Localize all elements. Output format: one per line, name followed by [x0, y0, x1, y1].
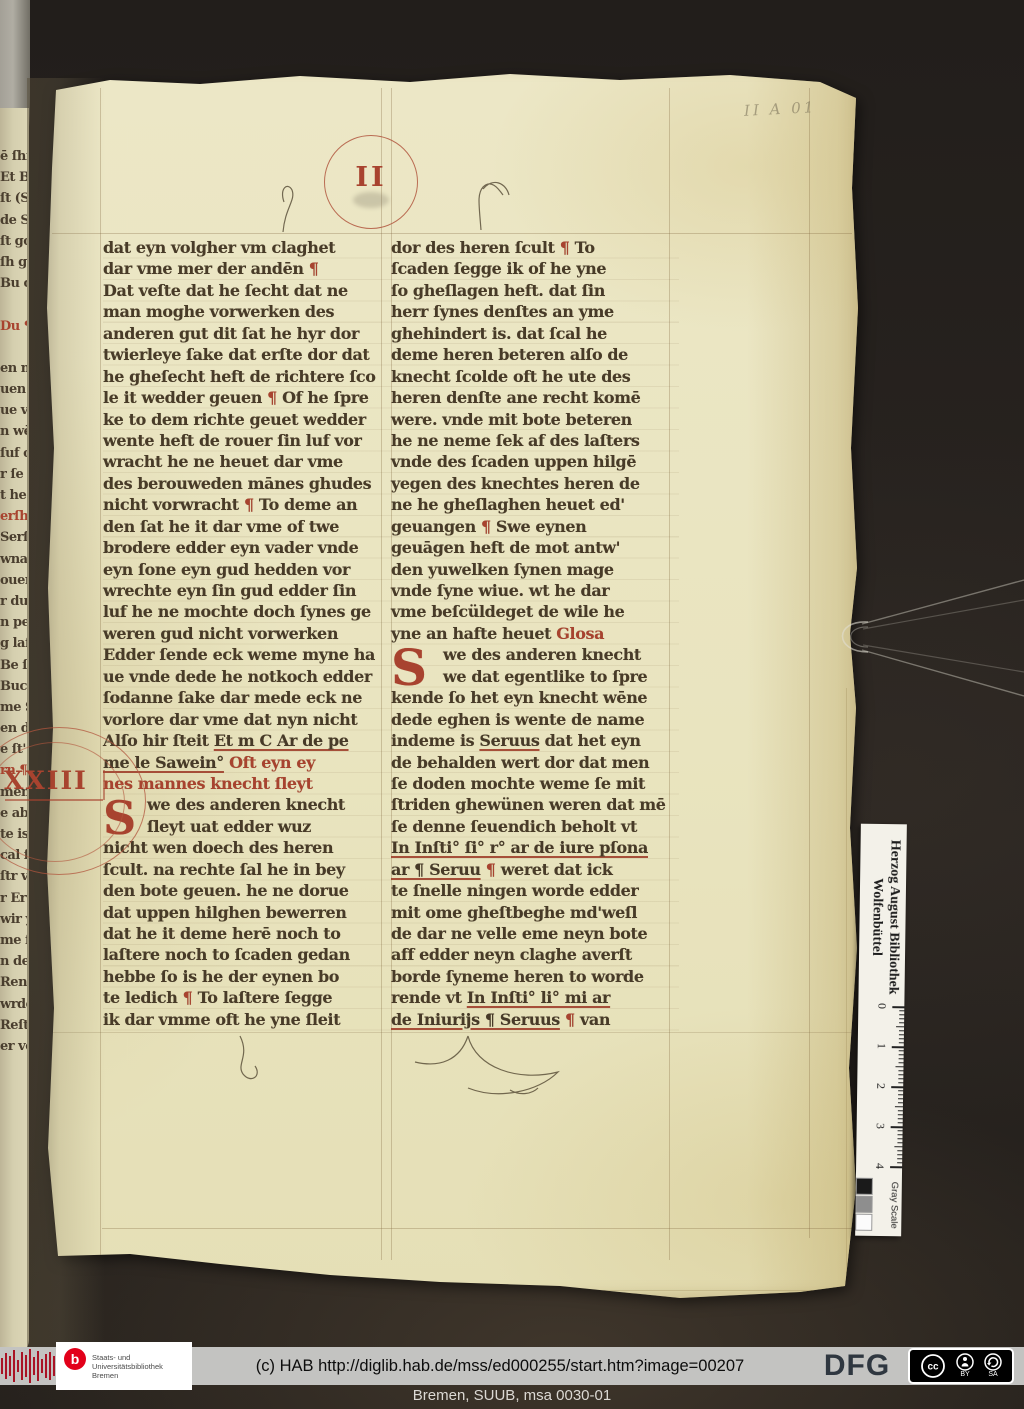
manuscript-text-line: den yuwelken ſynen mage	[391, 559, 679, 580]
manuscript-text-line: hebbe ſo is he der eynen bo	[103, 966, 391, 987]
clipped-text-fragment: ſt gol	[0, 231, 27, 252]
clipped-text-fragment	[0, 1269, 27, 1290]
manuscript-text-line: eyn ſone eyn gud hedden vor	[103, 559, 391, 580]
suub-badge-icon: b	[64, 1348, 86, 1370]
manuscript-text-line: brodere edder eyn vader vnde	[103, 537, 391, 558]
clipped-text-fragment	[0, 1121, 27, 1142]
manuscript-page: dat eyn volgher vm claghetdar vme mer de…	[40, 68, 862, 1300]
clipped-text-fragment: Be ſalt et	[0, 655, 27, 676]
cc-sa-label: SA	[988, 1371, 997, 1379]
chapter-numeral: II	[325, 162, 417, 193]
scale-tick	[898, 1098, 903, 1099]
scale-tick	[897, 1154, 902, 1155]
facing-page-text-fragments: ē ſhiEt Biſt (Swde Sūſt golſh gaBu cōDu …	[0, 146, 29, 1290]
dfg-logo: DFG	[808, 1347, 906, 1385]
manuscript-text-line: te ſnelle ningen worde edder	[391, 880, 679, 901]
manuscript-text-line: nicht wen doech des heren	[103, 837, 391, 858]
scale-number: 3	[873, 1123, 888, 1129]
clipped-text-fragment: ue vor'd	[0, 400, 27, 421]
scale-number: 2	[873, 1083, 888, 1089]
scale-tick	[899, 1058, 904, 1059]
manuscript-text-line: wracht he ne heuet dar vme	[103, 451, 391, 472]
parchment-leaf: dat eyn volgher vm claghetdar vme mer de…	[40, 68, 862, 1300]
clipped-text-fragment	[0, 1227, 27, 1248]
manuscript-text-line: aff edder neyn claghe averſt	[391, 944, 679, 965]
ruling-line-right-margin	[809, 88, 810, 1238]
clipped-text-fragment: Du ¶	[0, 316, 27, 337]
clipped-text-fragment: n de berou	[0, 951, 27, 972]
manuscript-text-line: borde ſyneme heren to worde	[391, 966, 679, 987]
clipped-text-fragment: er voṗ Sa	[0, 1036, 27, 1057]
clipped-text-fragment: ouen Sar	[0, 570, 27, 591]
manuscript-text-line: ſodanne ſake dar mede eck ne	[103, 687, 391, 708]
manuscript-text-line: ſtriden ghewünen weren dat mē	[391, 794, 679, 815]
logo-bar	[53, 1356, 56, 1376]
clipped-text-fragment: r dur d u	[0, 591, 27, 612]
clipped-text-fragment	[0, 1078, 27, 1099]
manuscript-text-line: man moghe vorwerken des	[103, 301, 391, 322]
scale-number: 4	[872, 1163, 887, 1169]
manuscript-text-line: de Iniurijs ¶ Seruus ¶ van	[391, 1009, 679, 1030]
scale-tick	[898, 1090, 903, 1091]
scale-tick	[899, 1038, 904, 1039]
ruling-line-left-margin	[100, 88, 101, 1260]
library-name-label: Herzog August Bibliothek Wolfenbüttel	[867, 832, 903, 1002]
clipped-text-fragment	[0, 1184, 27, 1205]
gray-scale-swatch	[855, 1196, 872, 1213]
creative-commons-license-badge: cc BY SA	[908, 1348, 1014, 1384]
scale-tick	[897, 1150, 902, 1151]
clipped-text-fragment: g laſt d	[0, 633, 27, 654]
logo-bar	[25, 1355, 28, 1377]
clipped-text-fragment: ſtr vnd ſu	[0, 866, 27, 887]
text-column-left: dat eyn volgher vm claghetdar vme mer de…	[103, 237, 391, 1031]
scale-tick	[898, 1134, 903, 1135]
clipped-text-fragment: wrder mo	[0, 994, 27, 1015]
manuscript-text-line: yegen des knechtes heren de	[391, 473, 679, 494]
scale-tick	[899, 1022, 904, 1023]
clipped-text-fragment: r Eru mo	[0, 888, 27, 909]
manuscript-text-line: geuāgen heft de mot antw'	[391, 537, 679, 558]
clipped-text-fragment: ſh ga	[0, 252, 27, 273]
scale-tick	[898, 1102, 903, 1103]
scale-tick	[898, 1078, 903, 1079]
manuscript-text-line: yne an hafte heuet Glosa	[391, 623, 679, 644]
manuscript-text-line: nicht vorwracht ¶ To deme an	[103, 494, 391, 515]
scale-number: 0	[874, 1003, 889, 1009]
cc-by-group: BY	[956, 1353, 974, 1379]
manuscript-text-line: vorlore dar vme dat nyn nicht	[103, 709, 391, 730]
manuscript-text-line: weren gud nicht vorwerken	[103, 623, 391, 644]
clipped-text-fragment: me ſtid m	[0, 930, 27, 951]
scale-tick	[899, 1062, 904, 1063]
logo-bar	[33, 1357, 36, 1375]
manuscript-text-line: te ledich ¶ To laſtere ſegge	[103, 987, 391, 1008]
manuscript-text-line: den ſat he it dar vme of twe	[103, 516, 391, 537]
logo-bar	[49, 1352, 52, 1380]
scale-tick	[897, 1138, 902, 1139]
manuscript-text-line: he gheſecht heft de richtere ſco	[103, 366, 391, 387]
ruling-line-top	[52, 233, 852, 234]
manuscript-text-line: ſe denne ſeuendich beholt vt	[391, 816, 679, 837]
scale-tick	[898, 1122, 903, 1123]
clipped-text-fragment: Ren Claṗ	[0, 972, 27, 993]
manuscript-text-line: laſtere noch to ſcaden gedan	[103, 944, 391, 965]
logo-bar	[5, 1353, 8, 1379]
ruling-line-text-bottom	[52, 1032, 852, 1033]
manuscript-text-line: he ne neme ſek af des laſters	[391, 430, 679, 451]
logo-bar	[41, 1359, 44, 1373]
manuscript-text-line: geuangen ¶ Swe eynen	[391, 516, 679, 537]
manuscript-text-line: dor des heren ſcult ¶ To	[391, 237, 679, 258]
clipped-text-fragment	[0, 1248, 27, 1269]
clipped-text-fragment: n penni	[0, 612, 27, 633]
cc-letters: cc	[927, 1362, 939, 1373]
manuscript-text-line: vnde ſyne wiue. wt he dar	[391, 580, 679, 601]
gray-scale-swatch	[856, 1178, 873, 1195]
page-stack-edge-right	[846, 688, 847, 1278]
logo-bar	[29, 1349, 32, 1383]
manuscript-text-line: luf he ne mochte doch ſynes ge	[103, 601, 391, 622]
manuscript-text-line: ue vnde dede he notkoch edder	[103, 666, 391, 687]
scale-tick	[898, 1110, 903, 1111]
scale-tick	[898, 1074, 903, 1075]
ink-smudge	[353, 192, 389, 208]
manuscript-text-line: we dat egentlike to ſpre	[391, 666, 679, 687]
scale-tick	[898, 1118, 903, 1119]
manuscript-text-line: were. vnde mit bote beteren	[391, 409, 679, 430]
logo-bar	[9, 1356, 12, 1376]
chapter-number-circle: II	[324, 135, 418, 229]
cc-sa-arrow-icon	[984, 1353, 1002, 1371]
manuscript-text-line: Alſo hir ſteit Et m C Ar de pe	[103, 730, 391, 751]
ruler-face: Herzog August Bibliothek Wolfenbüttel 01…	[855, 824, 907, 1237]
margin-numeral: XXIII	[4, 766, 88, 795]
manuscript-text-line: vnde des ſcaden uppen hilgē	[391, 451, 679, 472]
clipped-text-fragment: de Sū	[0, 210, 27, 231]
gray-scale-swatch	[855, 1214, 872, 1231]
manuscript-text-line: dat uppen hilghen bewerren	[103, 902, 391, 923]
manuscript-text-line: ar ¶ Seruu ¶ weret dat ick	[391, 859, 679, 880]
clipped-text-fragment: me Sewe	[0, 697, 27, 718]
manuscript-text-line: des berouweden mānes ghudes	[103, 473, 391, 494]
manuscript-text-line: rende vt In Inſti° li° mi ar	[391, 987, 679, 1008]
manuscript-text-line: ghehindert is. dat ſcal he	[391, 323, 679, 344]
manuscript-text-line: herr ſynes denſtes an yme	[391, 301, 679, 322]
manuscript-text-line: we des anderen knecht	[391, 644, 679, 665]
cc-icon: cc	[920, 1353, 946, 1379]
scale-ticks	[902, 1006, 904, 1174]
manuscript-text-line: wrechte eyn ſin gud edder ſin	[103, 580, 391, 601]
scale-tick	[896, 1026, 904, 1027]
manuscript-text-line: we des anderen knecht	[103, 794, 391, 815]
clipped-text-fragment	[0, 1057, 27, 1078]
scale-tick	[891, 1126, 903, 1128]
manuscript-text-line: vme beſcüldeget de wile he	[391, 601, 679, 622]
manuscript-text-line: ke to dem richte geuet wedder	[103, 409, 391, 430]
scale-number: 1	[874, 1043, 889, 1049]
manuscript-text-line: ſcaden ſegge ik of he yne	[391, 258, 679, 279]
cc-by-person-icon	[956, 1353, 974, 1371]
cc-sa-group: SA	[984, 1353, 1002, 1379]
scale-tick	[899, 1010, 904, 1011]
scale-tick	[890, 1166, 902, 1168]
scale-tick	[898, 1130, 903, 1131]
clipped-text-fragment	[0, 1205, 27, 1226]
manuscript-text-line: ſleyt uat edder wuz	[103, 816, 391, 837]
manuscript-text-line: wente heft de rouer ſin luf vor	[103, 430, 391, 451]
cc-by-label: BY	[960, 1371, 969, 1379]
logo-bar	[21, 1352, 24, 1380]
clipped-text-fragment: Buch ſm	[0, 676, 27, 697]
calibration-ruler-strip: Herzog August Bibliothek Wolfenbüttel 01…	[855, 824, 907, 1237]
clipped-text-fragment: ē ſhi	[0, 146, 27, 167]
manuscript-text-line: le it wedder geuen ¶ Of he ſpre	[103, 387, 391, 408]
suub-line3: Bremen	[92, 1371, 163, 1380]
clipped-text-fragment: en mēr	[0, 358, 27, 379]
shelfmark-caption: Bremen, SUUB, msa 0030-01	[0, 1387, 1024, 1404]
suub-library-name: Staats- und Universitätsbibliothek Breme…	[92, 1353, 163, 1380]
manuscript-text-line: Edder ſende eck weme myne ha	[103, 644, 391, 665]
clipped-text-fragment: wir yn de	[0, 909, 27, 930]
ruling-line-bottom-margin	[102, 1228, 854, 1229]
manuscript-text-line: mit ome gheſtbeghe md'weſl	[391, 902, 679, 923]
manuscript-text-line: dar vme mer der andēn ¶	[103, 258, 391, 279]
manuscript-text-line: ne he gheſlaghen heuet ed'	[391, 494, 679, 515]
clipped-text-fragment: r ſe mēn	[0, 464, 27, 485]
manuscript-text-line: anderen gut dit ſat he hyr dor	[103, 323, 391, 344]
clipped-text-fragment: ſuf oan	[0, 443, 27, 464]
suub-bremen-logo: b Staats- und Universitätsbibliothek Bre…	[56, 1342, 192, 1390]
gray-scale-swatches	[901, 1176, 902, 1234]
centimeter-scale: 01234	[856, 1006, 904, 1175]
logo-bar	[13, 1350, 16, 1382]
clipped-text-fragment: ſt (Sw	[0, 188, 27, 209]
manuscript-text-line: In Inſti° ſi° r° ar de iure pſona	[391, 837, 679, 858]
scale-tick	[897, 1162, 902, 1163]
logo-bar	[37, 1351, 40, 1381]
manuscript-text-line: dat he it deme herē noch to	[103, 923, 391, 944]
manuscript-text-line: deme heren beteren alſo de	[391, 344, 679, 365]
digitized-manuscript-scan: ē ſhiEt Biſt (Swde Sūſt golſh gaBu cōDu …	[0, 0, 1024, 1409]
manuscript-text-line: dat eyn volgher vm claghet	[103, 237, 391, 258]
scale-tick	[899, 1034, 904, 1035]
manuscript-text-line: den bote geuen. he ne dorue	[103, 880, 391, 901]
manuscript-text-line: nes mannes knecht ſleyt	[103, 773, 391, 794]
gray-scale-block: Gray Scale	[855, 1176, 902, 1235]
clipped-text-fragment: Et Bi	[0, 167, 27, 188]
manuscript-text-line: dede eghen is wente de name	[391, 709, 679, 730]
clipped-text-fragment: Serſpa'	[0, 527, 27, 548]
suub-line2: Universitätsbibliothek	[92, 1362, 163, 1371]
clipped-text-fragment	[0, 294, 27, 315]
clipped-text-fragment: wnadit s	[0, 549, 27, 570]
clipped-text-fragment: n wē ſal	[0, 421, 27, 442]
scale-tick	[895, 1066, 903, 1067]
logo-bar	[17, 1360, 20, 1372]
manuscript-text-line: kende ſo het eyn knecht wēne	[391, 687, 679, 708]
clipped-text-fragment: uen dōt	[0, 379, 27, 400]
scale-tick	[898, 1070, 903, 1071]
text-column-right: dor des heren ſcult ¶ Toſcaden ſegge ik …	[391, 237, 679, 1031]
library-name-line1: Herzog August Bibliothek	[884, 832, 903, 1002]
scale-tick	[892, 1046, 904, 1048]
red-initial-right: S	[391, 645, 427, 691]
clipped-text-fragment: Bu cō	[0, 273, 27, 294]
scale-tick	[899, 1014, 904, 1015]
scale-tick	[898, 1094, 903, 1095]
manuscript-text-line: heren denſte ane recht komē	[391, 387, 679, 408]
scale-tick	[898, 1082, 903, 1083]
scale-tick	[899, 1018, 904, 1019]
manuscript-text-line: ſcult. na rechte ſal he in bey	[103, 859, 391, 880]
copyright-url-text: (c) HAB http://diglib.hab.de/mss/ed00025…	[192, 1347, 808, 1385]
gray-scale-label: Gray Scale	[888, 1176, 900, 1234]
clipped-text-fragment	[0, 1099, 27, 1120]
margin-numeral-bracket	[103, 770, 105, 800]
scale-tick	[894, 1146, 902, 1147]
manuscript-text-line: Dat veſte dat he ſecht dat ne	[103, 280, 391, 301]
logo-bar	[1, 1358, 4, 1374]
clipped-text-fragment: t he dtē	[0, 485, 27, 506]
scale-tick	[899, 1054, 904, 1055]
scale-tick	[897, 1158, 902, 1159]
manuscript-text-line: de dar ne velle eme neyn bote	[391, 923, 679, 944]
pencil-foliation: II A 01	[744, 98, 817, 120]
margin-numeral-underline	[5, 799, 103, 801]
scale-tick	[899, 1042, 904, 1043]
scale-tick	[897, 1142, 902, 1143]
manuscript-text-line: twierleye ſake dat erſte dor dat	[103, 344, 391, 365]
clipped-text-fragment: Reſthi' md	[0, 1015, 27, 1036]
scale-tick	[895, 1106, 903, 1107]
clipped-text-fragment	[0, 1142, 27, 1163]
suub-line1: Staats- und	[92, 1353, 163, 1362]
manuscript-text-line: knecht ſcolde oft he ute des	[391, 366, 679, 387]
scale-tick	[899, 1050, 904, 1051]
manuscript-text-line: me le Sawein° Oft eyn ey	[103, 752, 391, 773]
scale-tick	[899, 1030, 904, 1031]
clipped-text-fragment	[0, 1163, 27, 1184]
manuscript-text-line: indeme is Seruus dat het eyn	[391, 730, 679, 751]
scale-tick	[891, 1086, 903, 1088]
bremen-bars-logo	[0, 1347, 56, 1385]
footer-credit-bar: b Staats- und Universitätsbibliothek Bre…	[0, 1347, 1024, 1385]
page-stack-edge-bottom	[460, 1290, 840, 1291]
manuscript-text-line: ik dar vmme oft he yne ſleit	[103, 1009, 391, 1030]
scale-tick	[892, 1006, 904, 1008]
scale-tick	[898, 1114, 903, 1115]
logo-bar	[45, 1354, 48, 1378]
clipped-text-fragment: erſh ¶ Er	[0, 506, 27, 527]
manuscript-text-line: de behalden wert dor dat men	[391, 752, 679, 773]
manuscript-text-line: ſe doden mochte weme ſe mit	[391, 773, 679, 794]
manuscript-text-line: ſo gheſlagen heft. dat ſin	[391, 280, 679, 301]
clipped-text-fragment	[0, 337, 27, 358]
